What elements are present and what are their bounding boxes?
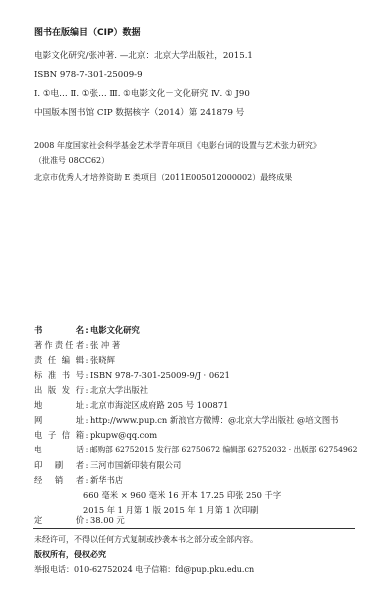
- rights-report-line: 举报电话：010-62752024 电子信箱：fd@pup.pku.edu.cn: [34, 564, 254, 576]
- colophon-isbn: 标准书号:ISBN 978-7-301-25009-9/J · 0621: [34, 369, 230, 381]
- cip-isbn-line: ISBN 978-7-301-25009-9: [34, 69, 143, 81]
- funding-line-1: 2008 年度国家社会科学基金艺术学青年项目《电影台词的设置与艺术张力研究》: [34, 140, 321, 152]
- colophon-address: 地址:北京市海淀区成府路 205 号 100871: [34, 399, 228, 411]
- funding-line-3: 北京市优秀人才培养资助 E 类项目（2011E005012000002）最终成果: [34, 172, 292, 184]
- colophon-email: 电子信箱:pkupw@qq.com: [34, 429, 157, 441]
- cip-verification-line: 中国版本图书馆 CIP 数据核字（2014）第 241879 号: [34, 107, 244, 119]
- colophon-website: 网址:http://www.pup.cn 新浪官方微博：@北京大学出版社 @培文…: [34, 414, 338, 426]
- cip-classification-line: Ⅰ. ①电… Ⅱ. ①张… Ⅲ. ①电影文化－文化研究 Ⅳ. ① J90: [34, 88, 250, 100]
- colophon-publisher: 出版发行:北京大学出版社: [34, 384, 148, 396]
- colophon-editor: 责任编辑:张晓辉: [34, 354, 115, 366]
- rights-notice: 未经许可，不得以任何方式复制或抄袭本书之部分或全部内容。: [34, 534, 258, 546]
- colophon-author: 著作责任者:张 冲 著: [34, 339, 120, 351]
- cip-title-line: 电影文化研究/张冲著. —北京：北京大学出版社，2015.1: [34, 50, 253, 62]
- colophon-printer: 印刷者:三河市国新印装有限公司: [34, 459, 181, 471]
- colophon-distributor: 经销者:新华书店: [34, 474, 123, 486]
- divider-rule: [33, 528, 355, 529]
- cip-heading: 图书在版编目（CIP）数据: [34, 27, 141, 39]
- colophon-book-title: 书名:电影文化研究: [34, 324, 140, 336]
- rights-heading: 版权所有，侵权必究: [34, 549, 106, 561]
- colophon-phone: 电话:邮购部 62752015 发行部 62750672 编辑部 6275203…: [34, 444, 357, 456]
- colophon-price: 定价:38.00 元: [34, 514, 125, 526]
- funding-line-2: （批准号 08CC62）: [34, 155, 109, 167]
- spec-format-line: 660 毫米 × 960 毫米 16 开本 17.25 印张 250 千字: [83, 489, 281, 501]
